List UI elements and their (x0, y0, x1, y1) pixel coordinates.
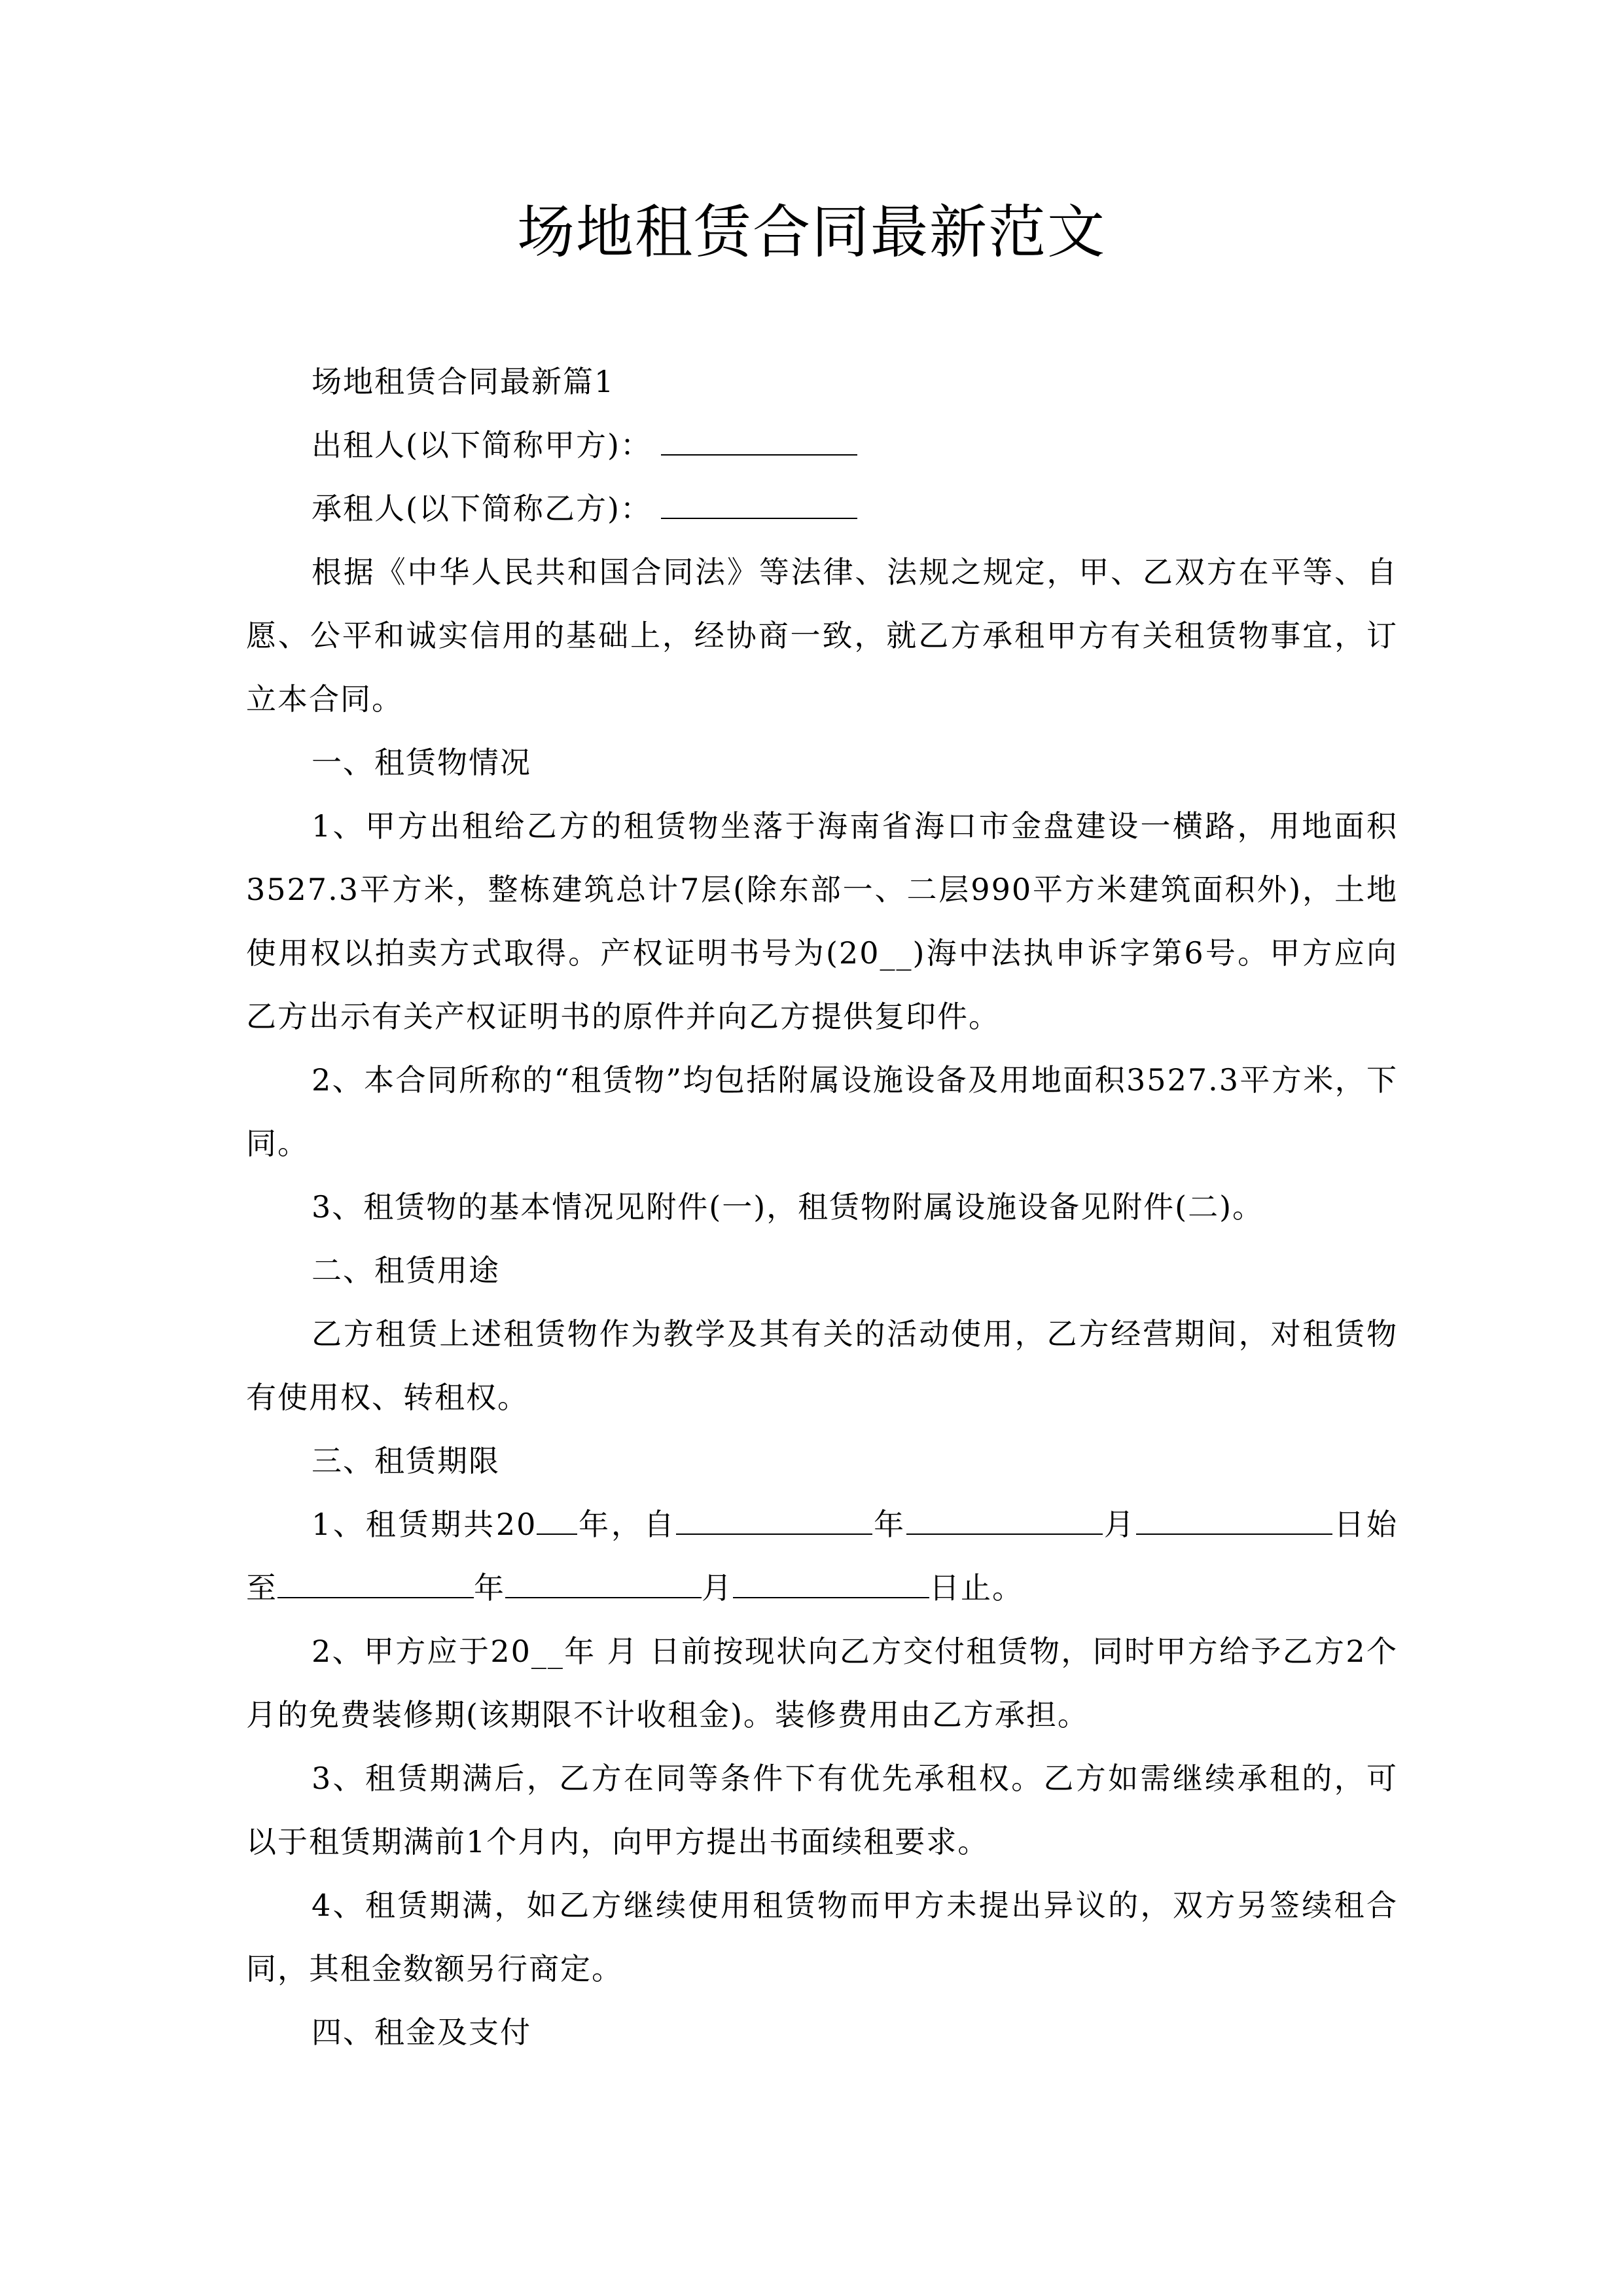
start-day-label: 日始 (1332, 1507, 1398, 1542)
end-year-label: 年 (474, 1570, 505, 1605)
term-prefix: 1、租赁期共20 (312, 1507, 537, 1542)
section-1-item-1: 1、甲方出租给乙方的租赁物坐落于海南省海口市金盘建设一横路，用地面积3527.3… (246, 795, 1398, 1049)
lease-term-item: 1、租赁期共20年，自年月日始至年月日止。 (246, 1493, 1398, 1620)
end-to-label: 至 (246, 1570, 277, 1605)
lessor-blank[interactable] (661, 424, 857, 456)
end-day-label: 日止。 (929, 1570, 1024, 1605)
document-title: 场地租赁合同最新范文 (0, 196, 1623, 268)
term-years-suffix: 年，自 (577, 1507, 676, 1542)
start-month-label: 月 (1103, 1507, 1137, 1542)
end-year-blank[interactable] (277, 1567, 474, 1598)
section-heading-2: 二、租赁用途 (246, 1239, 1398, 1302)
preamble: 根据《中华人民共和国合同法》等法律、法规之规定，甲、乙双方在平等、自愿、公平和诚… (246, 541, 1398, 731)
section-1-item-3: 3、租赁物的基本情况见附件(一)，租赁物附属设施设备见附件(二)。 (246, 1175, 1398, 1239)
lessee-blank[interactable] (661, 488, 857, 519)
document-page: 场地租赁合同最新范文 场地租赁合同最新篇1 出租人(以下简称甲方)： 承租人(以… (0, 0, 1623, 2296)
lessee-label: 承租人(以下简称乙方)： (312, 491, 652, 526)
lessor-label: 出租人(以下简称甲方)： (312, 427, 652, 463)
end-month-blank[interactable] (505, 1567, 702, 1598)
section-heading-1: 一、租赁物情况 (246, 731, 1398, 795)
term-years-blank[interactable] (537, 1503, 577, 1535)
start-month-blank[interactable] (906, 1503, 1103, 1535)
section-heading-3: 三、租赁期限 (246, 1429, 1398, 1493)
lessee-line: 承租人(以下简称乙方)： (246, 477, 1398, 541)
section-heading-4: 四、租金及支付 (246, 2001, 1398, 2064)
start-day-blank[interactable] (1136, 1503, 1332, 1535)
start-year-label: 年 (872, 1507, 906, 1542)
end-day-blank[interactable] (733, 1567, 929, 1598)
start-year-blank[interactable] (676, 1503, 872, 1535)
lessor-line: 出租人(以下简称甲方)： (246, 414, 1398, 477)
section-3-item-4: 4、租赁期满，如乙方继续使用租赁物而甲方未提出异议的，双方另签续租合同，其租金数… (246, 1874, 1398, 2001)
section-2-item-1: 乙方租赁上述租赁物作为教学及其有关的活动使用，乙方经营期间，对租赁物有使用权、转… (246, 1302, 1398, 1429)
section-1-item-2: 2、本合同所称的“租赁物”均包括附属设施设备及用地面积3527.3平方米，下同。 (246, 1049, 1398, 1175)
document-body: 场地租赁合同最新篇1 出租人(以下简称甲方)： 承租人(以下简称乙方)： 根据《… (246, 350, 1398, 2064)
section-3-item-2: 2、甲方应于20__年 月 日前按现状向乙方交付租赁物，同时甲方给予乙方2个月的… (246, 1620, 1398, 1747)
section-3-item-3: 3、租赁期满后，乙方在同等条件下有优先承租权。乙方如需继续承租的，可以于租赁期满… (246, 1747, 1398, 1874)
end-month-label: 月 (702, 1570, 733, 1605)
subtitle: 场地租赁合同最新篇1 (246, 350, 1398, 414)
